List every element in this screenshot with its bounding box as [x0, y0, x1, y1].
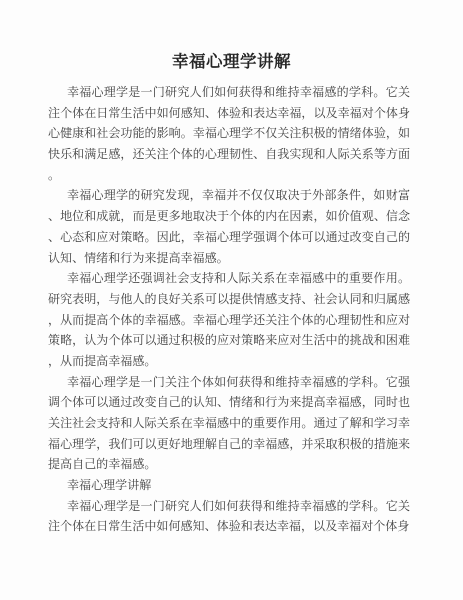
text-line: 、地位和成就，而是更多地取决于个体的内在因素，如价值观、信念 [48, 206, 410, 227]
paragraph: 幸福心理学是一门关注个体如何获得和维持幸福感的学科。它强调个体可以通过改变自己的… [48, 372, 410, 475]
text-line: 认知、情绪和行为来提高幸福感。 [48, 248, 410, 269]
text-line: 调个体可以通过改变自己的认知、情绪和行为来提高幸福感，同时也 [48, 392, 410, 413]
document-title: 幸福心理学讲解 [0, 0, 463, 73]
text-line: ，从而提高幸福感。 [48, 351, 410, 372]
text-line: 福心理学，我们可以更好地理解自己的幸福感，并采取积极的措施来 [48, 434, 410, 455]
text-line: 幸福心理学是一门研究人们如何获得和维持幸福感的学科。它关 [48, 496, 410, 517]
document-body: 幸福心理学是一门研究人们如何获得和维持幸福感的学科。它关注个体在日常生活中如何感… [0, 82, 463, 537]
text-line: 快乐和满足感，还关注个体的心理韧性、自我实现和人际关系等方面 [48, 144, 410, 165]
text-line: 研究表明，与他人的良好关系可以提供情感支持、社会认同和归属感 [48, 289, 410, 310]
text-line: ，从而提高个体的幸福感。幸福心理学还关注个体的心理韧性和应对 [48, 310, 410, 331]
text-line: 幸福心理学讲解 [48, 475, 410, 496]
inline-heading: 幸福心理学讲解 [48, 475, 410, 496]
text-line: 。 [48, 165, 410, 186]
text-line: 幸福心理学还强调社会支持和人际关系在幸福感中的重要作用。 [48, 268, 410, 289]
document-page: 幸福心理学讲解 幸福心理学是一门研究人们如何获得和维持幸福感的学科。它关注个体在… [0, 0, 463, 600]
text-line: 心健康和社会功能的影响。幸福心理学不仅关注积极的情绪体验，如 [48, 123, 410, 144]
paragraph: 幸福心理学还强调社会支持和人际关系在幸福感中的重要作用。研究表明，与他人的良好关… [48, 268, 410, 371]
text-line: 提高自己的幸福感。 [48, 454, 410, 475]
text-line: 幸福心理学是一门研究人们如何获得和维持幸福感的学科。它关 [48, 82, 410, 103]
text-line: 策略，认为个体可以通过积极的应对策略来应对生活中的挑战和困难 [48, 330, 410, 351]
paragraph: 幸福心理学的研究发现，幸福并不仅仅取决于外部条件，如财富、地位和成就，而是更多地… [48, 185, 410, 268]
paragraph: 幸福心理学是一门研究人们如何获得和维持幸福感的学科。它关注个体在日常生活中如何感… [48, 82, 410, 185]
text-line: 关注社会支持和人际关系在幸福感中的重要作用。通过了解和学习幸 [48, 413, 410, 434]
text-line: 注个体在日常生活中如何感知、体验和表达幸福，以及幸福对个体身 [48, 516, 410, 537]
paragraph: 幸福心理学是一门研究人们如何获得和维持幸福感的学科。它关注个体在日常生活中如何感… [48, 496, 410, 537]
text-line: 幸福心理学的研究发现，幸福并不仅仅取决于外部条件，如财富 [48, 185, 410, 206]
text-line: 注个体在日常生活中如何感知、体验和表达幸福，以及幸福对个体身 [48, 103, 410, 124]
text-line: 幸福心理学是一门关注个体如何获得和维持幸福感的学科。它强 [48, 372, 410, 393]
text-line: 、心态和应对策略。因此，幸福心理学强调个体可以通过改变自己的 [48, 227, 410, 248]
